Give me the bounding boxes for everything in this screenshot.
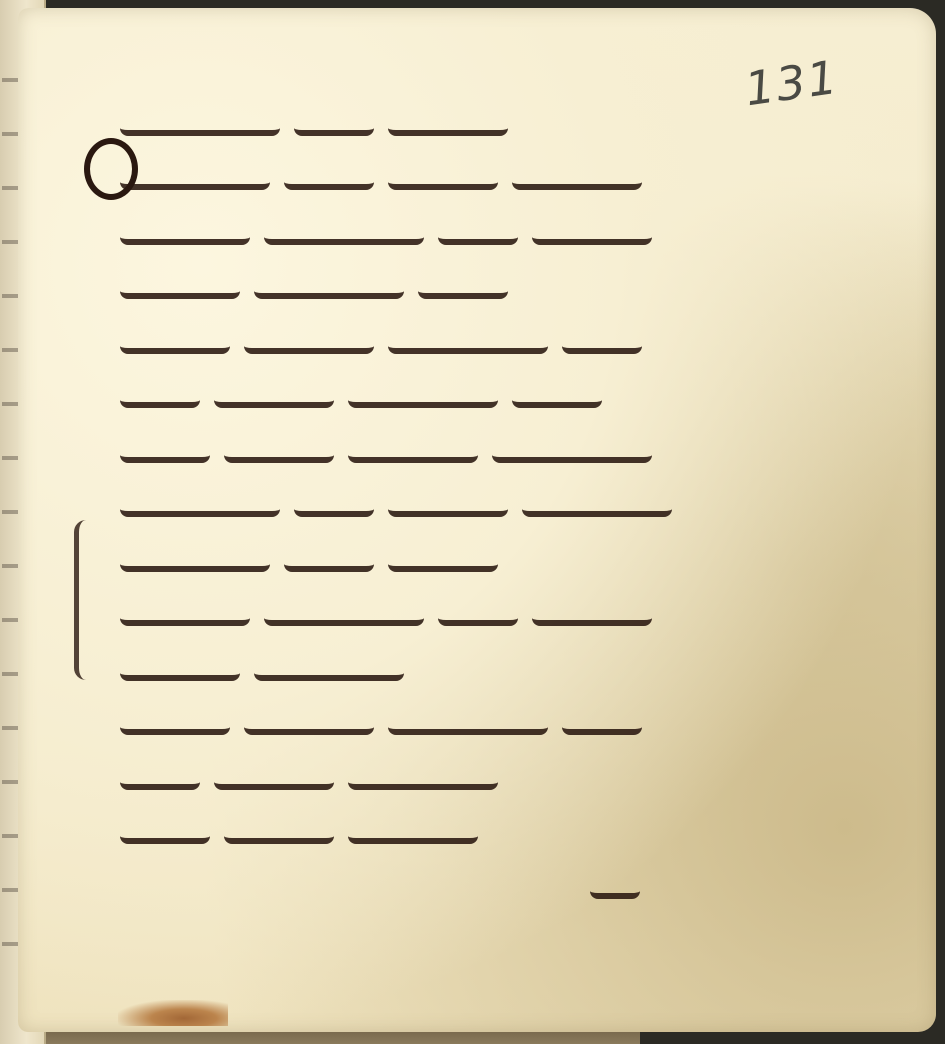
- word-shape: [244, 322, 374, 354]
- word-shape: [562, 703, 642, 735]
- word-shape: [120, 812, 210, 844]
- word-shape: [388, 158, 498, 190]
- word-shape: [388, 322, 548, 354]
- word-shape: [214, 376, 334, 408]
- text-line: [120, 201, 720, 256]
- word-shape: [512, 376, 602, 408]
- word-shape: [224, 812, 334, 844]
- text-line: [120, 365, 720, 420]
- word-shape: [284, 540, 374, 572]
- word-shape: [120, 594, 250, 626]
- word-shape: [224, 431, 334, 463]
- text-line: [120, 692, 720, 747]
- word-shape: [294, 104, 374, 136]
- text-line: [120, 147, 720, 202]
- word-shape: [120, 649, 240, 681]
- word-shape: [522, 485, 672, 517]
- word-shape: [120, 104, 280, 136]
- word-shape: [254, 267, 404, 299]
- word-shape: [284, 158, 374, 190]
- text-line: [120, 583, 720, 638]
- word-shape: [562, 322, 642, 354]
- word-shape: [120, 322, 230, 354]
- word-shape: [264, 213, 424, 245]
- word-shape: [120, 703, 230, 735]
- word-shape: [512, 158, 642, 190]
- word-shape: [120, 213, 250, 245]
- word-shape: [120, 431, 210, 463]
- word-shape: [348, 376, 498, 408]
- text-line: [120, 92, 720, 147]
- word-shape: [264, 594, 424, 626]
- word-shape: [532, 594, 652, 626]
- word-shape: [492, 431, 652, 463]
- word-shape: [418, 267, 508, 299]
- word-shape: [120, 158, 270, 190]
- word-shape: [388, 540, 498, 572]
- text-line: [120, 310, 720, 365]
- text-line: [120, 637, 720, 692]
- word-shape: [120, 758, 200, 790]
- text-line: [120, 528, 720, 583]
- word-shape: [388, 104, 508, 136]
- text-line: [120, 474, 720, 529]
- word-shape: [348, 758, 498, 790]
- manuscript-text: [120, 92, 720, 910]
- text-line: [120, 419, 720, 474]
- word-shape: [590, 867, 640, 899]
- word-shape: [438, 594, 518, 626]
- word-shape: [120, 267, 240, 299]
- word-shape: [120, 540, 270, 572]
- text-line: [120, 746, 720, 801]
- text-line: [120, 256, 720, 311]
- word-shape: [120, 485, 280, 517]
- word-shape: [254, 649, 404, 681]
- word-shape: [438, 213, 518, 245]
- word-shape: [120, 376, 200, 408]
- text-line: [120, 801, 720, 856]
- word-shape: [244, 703, 374, 735]
- word-shape: [388, 485, 508, 517]
- word-shape: [294, 485, 374, 517]
- word-shape: [348, 431, 478, 463]
- word-shape: [348, 812, 478, 844]
- word-shape: [214, 758, 334, 790]
- text-line: [120, 855, 720, 910]
- word-shape: [532, 213, 652, 245]
- word-shape: [388, 703, 548, 735]
- rust-stain: [118, 1000, 228, 1026]
